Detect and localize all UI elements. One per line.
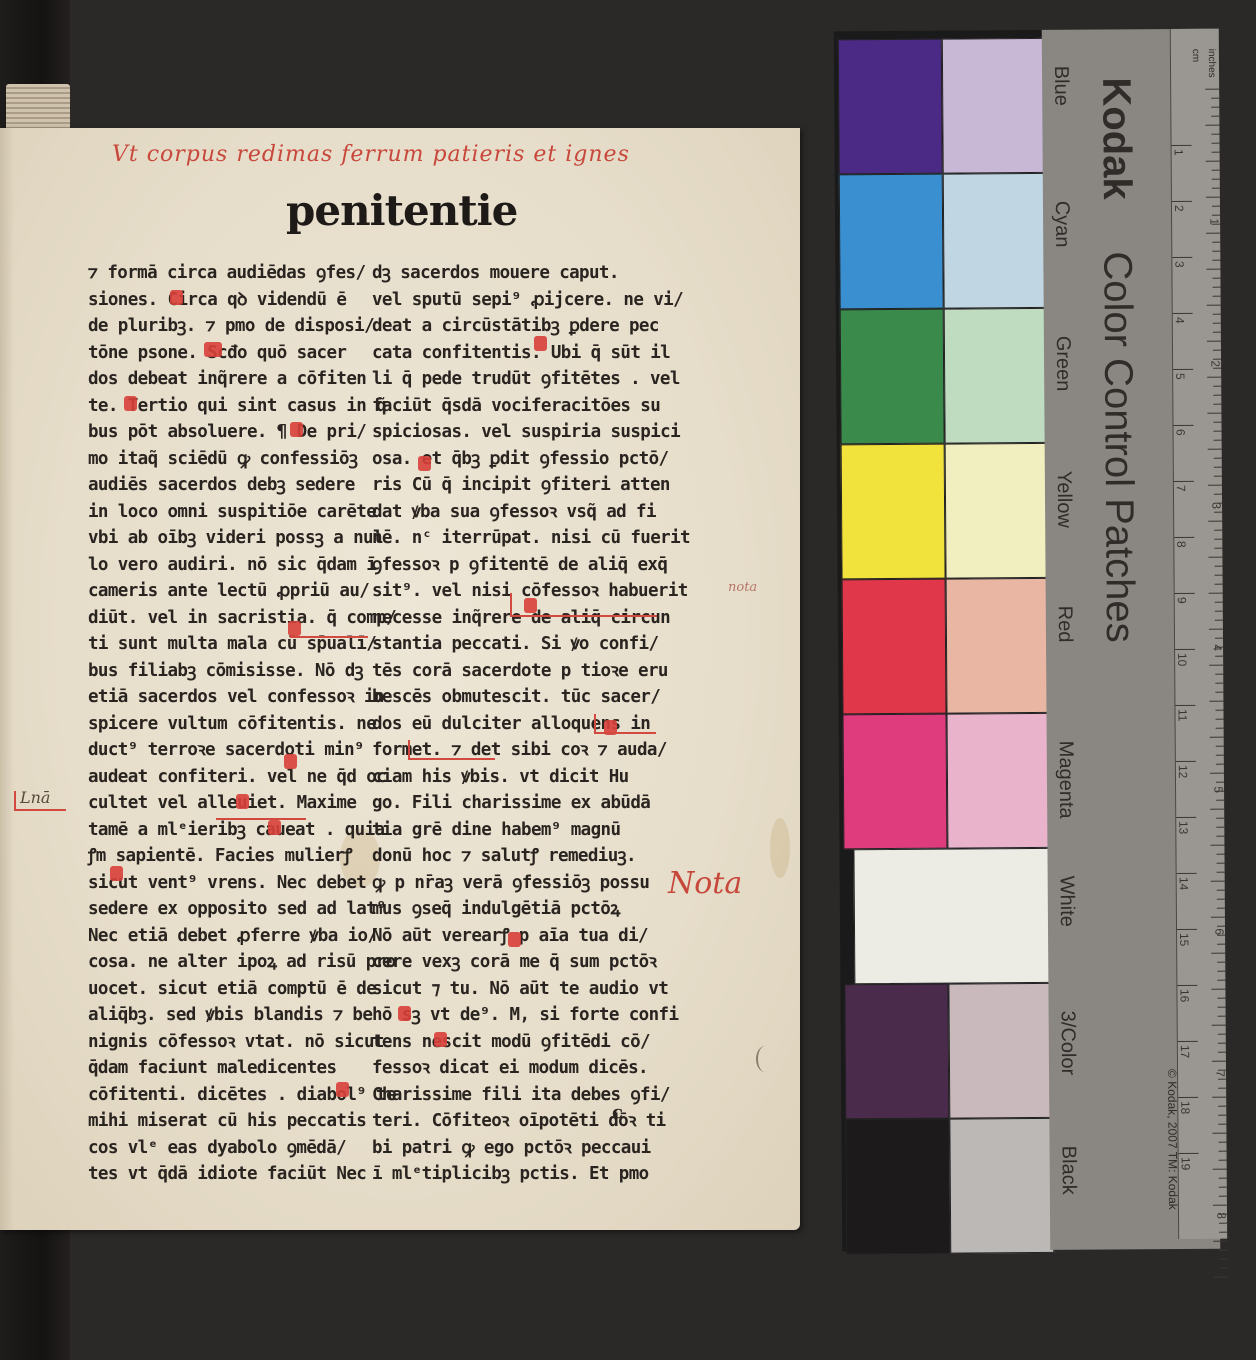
text-line: li q̄ pede trudūt ꝯfitētes . vel [372, 366, 690, 393]
ruler-tick [1206, 233, 1220, 234]
text-line: nē. nᶜ iterrūpat. nisi cū fuerit [372, 525, 690, 552]
rubric-initial [288, 621, 301, 636]
ruler-tick [1212, 152, 1220, 153]
cm-tick [1177, 985, 1197, 986]
ruler-tick [1214, 566, 1222, 567]
text-line: sedere ex opposito sed ad lat⁹ [88, 896, 396, 923]
ruler-tick [1217, 962, 1225, 963]
ruler-tick [1210, 773, 1224, 774]
cm-label: 4 [1173, 317, 1187, 324]
cm-label: 3 [1172, 261, 1186, 268]
ruler-tick [1214, 458, 1222, 459]
ruler-tick [1211, 116, 1219, 117]
ruler-tick [1216, 782, 1224, 783]
ruler-tick [1219, 1259, 1227, 1260]
ruler-tick [1219, 1160, 1227, 1161]
ruler-tick [1210, 809, 1224, 810]
ruler-tick [1217, 926, 1225, 927]
ruler-tick [1216, 827, 1224, 828]
text-line: tēs corā sacerdote p tioꝛe eru [372, 658, 690, 685]
margin-note-right-small: nota [728, 580, 757, 595]
ruler-tick [1208, 485, 1222, 486]
cm-tick [1172, 201, 1192, 202]
text-line: dat ꝟba sua ꝯfessoꝛ vsq̃ ad fi [372, 499, 690, 526]
ruler-tick [1217, 890, 1225, 891]
text-line: tōne psone. Scđo quō sacer [88, 340, 396, 367]
patch-yellow-light [945, 443, 1050, 579]
cm-tick [1179, 1153, 1199, 1154]
rubric-initial [290, 422, 303, 437]
ruler-tick [1209, 701, 1223, 702]
cm-label: 5 [1173, 373, 1187, 380]
ruler-tick [1213, 296, 1221, 297]
inch-label: 4 [1211, 644, 1225, 651]
ruler-tick [1215, 584, 1223, 585]
text-line: cōfitenti. dicētes . diabol⁹ te [88, 1082, 396, 1109]
ruler-tick [1212, 143, 1220, 144]
text-line: mihi miserat cū his peccatis [88, 1108, 396, 1135]
text-line: spiciosas. vel suspiria suspici [372, 419, 690, 446]
ruler-tick [1216, 755, 1224, 756]
text-line: ti sunt multa mala cū sp̄ualī/ [88, 631, 396, 658]
cm-tick [1176, 761, 1196, 762]
page-edges [6, 84, 70, 132]
patch-3-color-dark [844, 984, 949, 1120]
ruler-tick [1212, 170, 1220, 171]
ruler-tick [1208, 557, 1222, 558]
text-line: faciūt q̄sdā vociferacitōes su [372, 393, 690, 420]
rubric-initial [236, 794, 249, 809]
patch-red-dark [842, 579, 947, 715]
patch-grid [834, 30, 1053, 1251]
ruler-tick [1218, 1016, 1226, 1017]
text-line: tia grē dine habem⁹ magnū [372, 817, 690, 844]
inch-label: 3 [1210, 502, 1224, 509]
ruler-tick [1216, 800, 1224, 801]
cm-label: 6 [1174, 429, 1188, 436]
ruler-tick [1212, 188, 1220, 189]
rubric-initial [336, 1082, 349, 1097]
ruler-tick [1209, 593, 1223, 594]
inch-label: 1 [1208, 218, 1222, 225]
ruler-tick [1218, 1043, 1226, 1044]
cm-label: 19 [1179, 1157, 1193, 1170]
text-line: ciam his ꝟbis. vt dicit Hu [372, 764, 690, 791]
red-bracket [594, 714, 656, 734]
cm-tick [1173, 313, 1193, 314]
cm-tick [1175, 649, 1195, 650]
ruler-tick [1212, 1097, 1226, 1098]
ruler-tick [1212, 278, 1220, 279]
running-head: penitentie [286, 186, 517, 235]
measurement-ruler: cm inches 123456789101112131415161718191… [1170, 29, 1227, 1239]
text-line: mo itaq̃ sciēdū ꝙ confessiōꝫ [88, 446, 396, 473]
card-title: Color Control Patches [1094, 251, 1142, 643]
signature-mark: c [612, 1102, 623, 1123]
rubric-initial [418, 456, 431, 471]
ruler-tick [1212, 260, 1220, 261]
ruler-tick [1217, 908, 1225, 909]
ruler-tick [1219, 1187, 1227, 1188]
rubric-initial [534, 336, 547, 351]
ruler-tick [1212, 1133, 1226, 1134]
inch-label: 5 [1212, 786, 1226, 793]
ruler-tick [1215, 620, 1223, 621]
ruler-tick [1213, 332, 1221, 333]
ruler-tick [1211, 98, 1219, 99]
ruler-tick [1219, 1223, 1227, 1224]
text-line: ꝯfessoꝛ p ꝯfitentē de aliq̄ exq̄ [372, 552, 690, 579]
cm-tick [1177, 929, 1197, 930]
ruler-tick [1218, 1106, 1226, 1107]
text-line: nignis cōfessoꝛ vtat. nō sicut [88, 1029, 396, 1056]
rubric-initial [398, 1006, 411, 1021]
ruler-tick [1218, 1124, 1226, 1125]
patch-label: Cyan [1050, 201, 1073, 248]
text-line: uocet. sicut etiā comptū ē de [88, 976, 396, 1003]
ruler-tick [1205, 125, 1219, 126]
ruler-tick [1212, 1025, 1226, 1026]
text-line: tamē a mlᵉieribꝫ caueat . quia [88, 817, 396, 844]
ruler-tick [1215, 602, 1223, 603]
ruler-tick [1215, 674, 1223, 675]
ruler-tick [1215, 611, 1223, 612]
cm-label: 12 [1176, 765, 1190, 778]
cm-tick [1174, 425, 1194, 426]
paper-stain [770, 818, 790, 878]
text-line: cata confitentis. Ubi q̄ sūt il [372, 340, 690, 367]
patch-cyan-dark [839, 174, 944, 310]
ruler-tick [1217, 899, 1225, 900]
ruler-tick [1215, 710, 1223, 711]
text-line: cos vlᵉ eas dyabolo ꝯmēdā/ [88, 1135, 396, 1162]
patch-black-light [949, 1118, 1054, 1254]
cm-label: 10 [1175, 653, 1189, 666]
cm-label: 18 [1178, 1101, 1192, 1114]
inch-label: 2 [1209, 360, 1223, 367]
cm-tick [1175, 593, 1195, 594]
ruler-tick [1214, 467, 1222, 468]
ruler-tick [1219, 1268, 1227, 1269]
text-line: dꝫ sacerdos mouere caput. [372, 260, 690, 287]
text-line: ī mlᵉtiplicibꝫ pctis. Et pmo [372, 1161, 690, 1188]
patch-label: Blue [1049, 66, 1072, 106]
ruler-tick [1218, 998, 1226, 999]
text-line: duct⁹ terroꝛe sacerdoti min⁹ [88, 737, 396, 764]
ruler-tick [1209, 665, 1223, 666]
ruler-tick [1218, 1115, 1226, 1116]
text-line: vbi ab oībꝫ videri possꝫ a nul [88, 525, 396, 552]
rubric-initial [110, 866, 123, 881]
ruler-tick [1213, 386, 1221, 387]
ruler-tick [1219, 1178, 1227, 1179]
red-bracket [510, 593, 657, 617]
rubric-initial [268, 820, 281, 835]
ruler-tick [1210, 737, 1224, 738]
inch-label: 7 [1214, 1070, 1228, 1077]
ruler-tick [1212, 1061, 1226, 1062]
ruler-tick [1213, 1169, 1227, 1170]
patch-white [853, 848, 1050, 984]
ruler-tick [1212, 206, 1220, 207]
text-line: deat a circūstātibꝫ ꝑdere pec [372, 313, 690, 340]
ruler-tick [1216, 728, 1224, 729]
text-line: stantia peccati. Si ꝟo confi/ [372, 631, 690, 658]
text-line: teri. Cōfiteoꝛ oīpotēti dōꝛ ti [372, 1108, 690, 1135]
ruler-tick [1212, 215, 1220, 216]
inch-label: 6 [1213, 928, 1227, 935]
ruler-tick [1216, 764, 1224, 765]
text-line: vel sputū sepi⁹ ꝓijcere. ne vi/ [372, 287, 690, 314]
kodak-brand: Kodak [1093, 77, 1139, 200]
ruler-tick [1219, 1142, 1227, 1143]
patch-black-dark [845, 1119, 950, 1255]
ruler-tick [1211, 134, 1219, 135]
ruler-tick [1207, 377, 1221, 378]
text-line: etiā sacerdos vel confessoꝛ in [88, 684, 396, 711]
ruler-tick [1219, 1196, 1227, 1197]
text-line: tes vt q̄dā idiote faciūt Nec [88, 1161, 396, 1188]
ruler-tick [1215, 692, 1223, 693]
red-bracket [408, 740, 495, 760]
marginal-inscription-top: Vt corpus redimas ferrum patieris et ign… [112, 142, 692, 167]
ruler-tick [1214, 530, 1222, 531]
patch-cyan-light [943, 173, 1048, 309]
ruler-tick [1214, 494, 1222, 495]
patch-blue-light [942, 38, 1047, 174]
ruler-tick [1207, 341, 1221, 342]
rubric-initial [434, 1032, 447, 1047]
patch-magenta-dark [843, 714, 948, 850]
ruler-tick [1215, 683, 1223, 684]
cm-label: 8 [1174, 541, 1188, 548]
text-line: ⁊ formā circa audiēdas ꝯfes/ [88, 260, 396, 287]
cm-label: 15 [1177, 933, 1191, 946]
text-line: bescēs obmutescit. tūc sacer/ [372, 684, 690, 711]
pencil-mark [756, 1046, 774, 1072]
cm-tick [1178, 1041, 1198, 1042]
text-line: audeat confiteri. vel ne q̄d oc [88, 764, 396, 791]
ruler-tick [1207, 305, 1221, 306]
ruler-tick [1213, 368, 1221, 369]
text-line: dos debeat inq̃rere a cōfiten [88, 366, 396, 393]
text-line: siones. Circa qꝺ videndū ē [88, 287, 396, 314]
ruler-tick [1207, 413, 1221, 414]
cm-label: 16 [1177, 989, 1191, 1002]
text-line: sicut ⁊ tu. Nō aūt te audio vt [372, 976, 690, 1003]
text-line: ris Cū q̄ incipit ꝯfiteri atten [372, 472, 690, 499]
patch-label: Yellow [1052, 471, 1075, 528]
cm-tick [1172, 145, 1192, 146]
text-line: bus filiabꝫ cōmisisse. Nō dꝫ [88, 658, 396, 685]
text-line: fessoꝛ dicat ei modum dicēs. [372, 1055, 690, 1082]
ruler-tick [1216, 836, 1224, 837]
ruler-tick [1216, 818, 1224, 819]
cm-label: 7 [1174, 485, 1188, 492]
ruler-tick [1211, 881, 1225, 882]
text-line: cosa. ne alter ipoꝝ ad risū pro [88, 949, 396, 976]
patch-red-light [946, 578, 1051, 714]
cm-label: 13 [1176, 821, 1190, 834]
ruler-tick [1219, 1232, 1227, 1233]
ruler-tick [1218, 1007, 1226, 1008]
text-line: q̄dam faciunt maledicentes [88, 1055, 396, 1082]
rubric-initial [508, 932, 521, 947]
ruler-tick [1213, 314, 1221, 315]
ruler-tick [1213, 1205, 1227, 1206]
ruler-tick [1217, 980, 1225, 981]
ruler-tick [1216, 854, 1224, 855]
ruler-tick [1216, 746, 1224, 747]
kodak-color-card: Kodak Color Control Patches BlueCyanGree… [834, 29, 1231, 1252]
patch-label: Red [1053, 606, 1076, 643]
patch-blue-dark [838, 39, 943, 175]
cm-label: 11 [1175, 709, 1189, 722]
ruler-tick [1206, 161, 1220, 162]
ruler-tick [1215, 656, 1223, 657]
ruler-tick [1211, 989, 1225, 990]
text-line: cere vexꝫ corā me q̄ sum pctōꝛ [372, 949, 690, 976]
cm-tick [1174, 537, 1194, 538]
ruler-tick [1211, 107, 1219, 108]
ruler-tick [1214, 548, 1222, 549]
text-line: Nec etiā debet ꝓferre ꝟba io/ [88, 923, 396, 950]
patch-yellow-dark [841, 444, 946, 580]
manuscript-page: Vt corpus redimas ferrum patieris et ign… [0, 128, 800, 1230]
ruler-tick [1213, 350, 1221, 351]
cm-label: 2 [1172, 205, 1186, 212]
text-line: bi patri ꝙ ego pctōꝛ peccaui [372, 1135, 690, 1162]
text-line: hō sꝫ vt de⁹. M, si forte confi [372, 1002, 690, 1029]
text-line: audiēs sacerdos debꝫ sedere [88, 472, 396, 499]
ruler-tick [1214, 440, 1222, 441]
ruler-tick [1213, 404, 1221, 405]
patch-3-color-light [948, 983, 1053, 1119]
ruler-tick [1206, 197, 1220, 198]
patch-label: White [1055, 876, 1078, 927]
ruler-tick [1213, 422, 1221, 423]
ruler-tick [1218, 1052, 1226, 1053]
ruler-tick [1212, 179, 1220, 180]
cm-label: 1 [1172, 149, 1186, 156]
ruler-tick [1214, 476, 1222, 477]
cm-tick [1176, 817, 1196, 818]
ruler-tick [1212, 242, 1220, 243]
ruler-tick [1219, 1151, 1227, 1152]
cm-tick [1177, 873, 1197, 874]
patch-magenta-light [947, 713, 1052, 849]
ruler-tick [1214, 539, 1222, 540]
margin-note-left: Lnā [20, 788, 50, 807]
text-line: sicut vent⁹ vrens. Nec debet [88, 870, 396, 897]
margin-note-right-large: Nota [668, 866, 742, 901]
ruler-tick [1209, 629, 1223, 630]
text-line: cameris ante lectū ꝓpriū au/ [88, 578, 396, 605]
ruler-tick [1211, 917, 1225, 918]
text-line: ꝙ p nr̄aꝫ verā ꝯfessiōꝫ possu [372, 870, 690, 897]
ruler-tick [1206, 269, 1220, 270]
patch-green-light [944, 308, 1049, 444]
ruler-tick [1208, 521, 1222, 522]
inches-unit-label: inches [1206, 49, 1217, 78]
text-line: go. Fili charissime ex abūdā [372, 790, 690, 817]
ruler-tick [1218, 1079, 1226, 1080]
ruler-tick [1217, 863, 1225, 864]
ruler-tick [1216, 719, 1224, 720]
patch-label: Magenta [1054, 741, 1078, 819]
text-line: spicere vultum cōfitentis. ne [88, 711, 396, 738]
ruler-tick [1213, 395, 1221, 396]
inch-label: 8 [1215, 1212, 1229, 1219]
rubric-initial [170, 290, 183, 305]
red-underline [216, 818, 306, 820]
text-line: tens nescit modū ꝯfitēdi cō/ [372, 1029, 690, 1056]
ruler-tick [1214, 512, 1222, 513]
ruler-tick [1213, 287, 1221, 288]
text-line: de pluribꝫ. ⁊ pmo de disposi/ [88, 313, 396, 340]
text-line: in loco omni suspitiōe carēte [88, 499, 396, 526]
ruler-tick [1219, 1250, 1227, 1251]
text-line: Charissime fili ita debes ꝯfi/ [372, 1082, 690, 1109]
cm-tick [1174, 481, 1194, 482]
patch-green-dark [840, 309, 945, 445]
cm-tick [1173, 369, 1193, 370]
cm-tick [1172, 257, 1192, 258]
red-underline [290, 636, 368, 638]
ruler-tick [1218, 1088, 1226, 1089]
ruler-tick [1213, 1241, 1227, 1242]
ruler-tick [1212, 251, 1220, 252]
patch-label: Green [1051, 336, 1074, 392]
text-line: donū hoc ⁊ salutꝭ remediuꝫ. [372, 843, 690, 870]
text-line: aliq̄bꝫ. sed ꝟbis blandis ⁊ be [88, 1002, 396, 1029]
ruler-tick [1217, 971, 1225, 972]
rubric-initial [124, 396, 137, 411]
cm-label: 17 [1178, 1045, 1192, 1058]
cm-label: 9 [1175, 597, 1189, 604]
ruler-tick [1210, 845, 1224, 846]
text-line: Nō aūt verearꝭ p aīa tua di/ [372, 923, 690, 950]
text-line: lo vero audiri. nō sic q̄dam ī [88, 552, 396, 579]
rubric-initial [284, 754, 297, 769]
text-line: diūt. vel in sacristia. q̄ comp/ [88, 605, 396, 632]
ruler-tick [1213, 323, 1221, 324]
text-line: bus pōt absoluere. ¶ De pri/ [88, 419, 396, 446]
ruler-tick [1217, 872, 1225, 873]
patch-label: Black [1057, 1146, 1080, 1195]
patch-label: 3/Color [1056, 1011, 1079, 1076]
ruler-tick [1215, 575, 1223, 576]
cm-tick [1178, 1097, 1198, 1098]
ruler-tick [1205, 89, 1219, 90]
rubric-initial [204, 342, 222, 357]
text-line: mus ꝯseq̄ indulgētiā pctōꝝ [372, 896, 690, 923]
text-line: ꝭm sapientē. Facies mulierꝭ [88, 843, 396, 870]
ruler-tick [1218, 1034, 1226, 1035]
ruler-tick [1211, 953, 1225, 954]
ruler-tick [1217, 944, 1225, 945]
cm-tick [1175, 705, 1195, 706]
ruler-tick [1215, 638, 1223, 639]
cm-label: 14 [1177, 877, 1191, 890]
ruler-tick [1214, 431, 1222, 432]
ruler-tick [1208, 449, 1222, 450]
ruler-tick [1213, 1277, 1227, 1278]
cm-unit-label: cm [1190, 49, 1201, 62]
